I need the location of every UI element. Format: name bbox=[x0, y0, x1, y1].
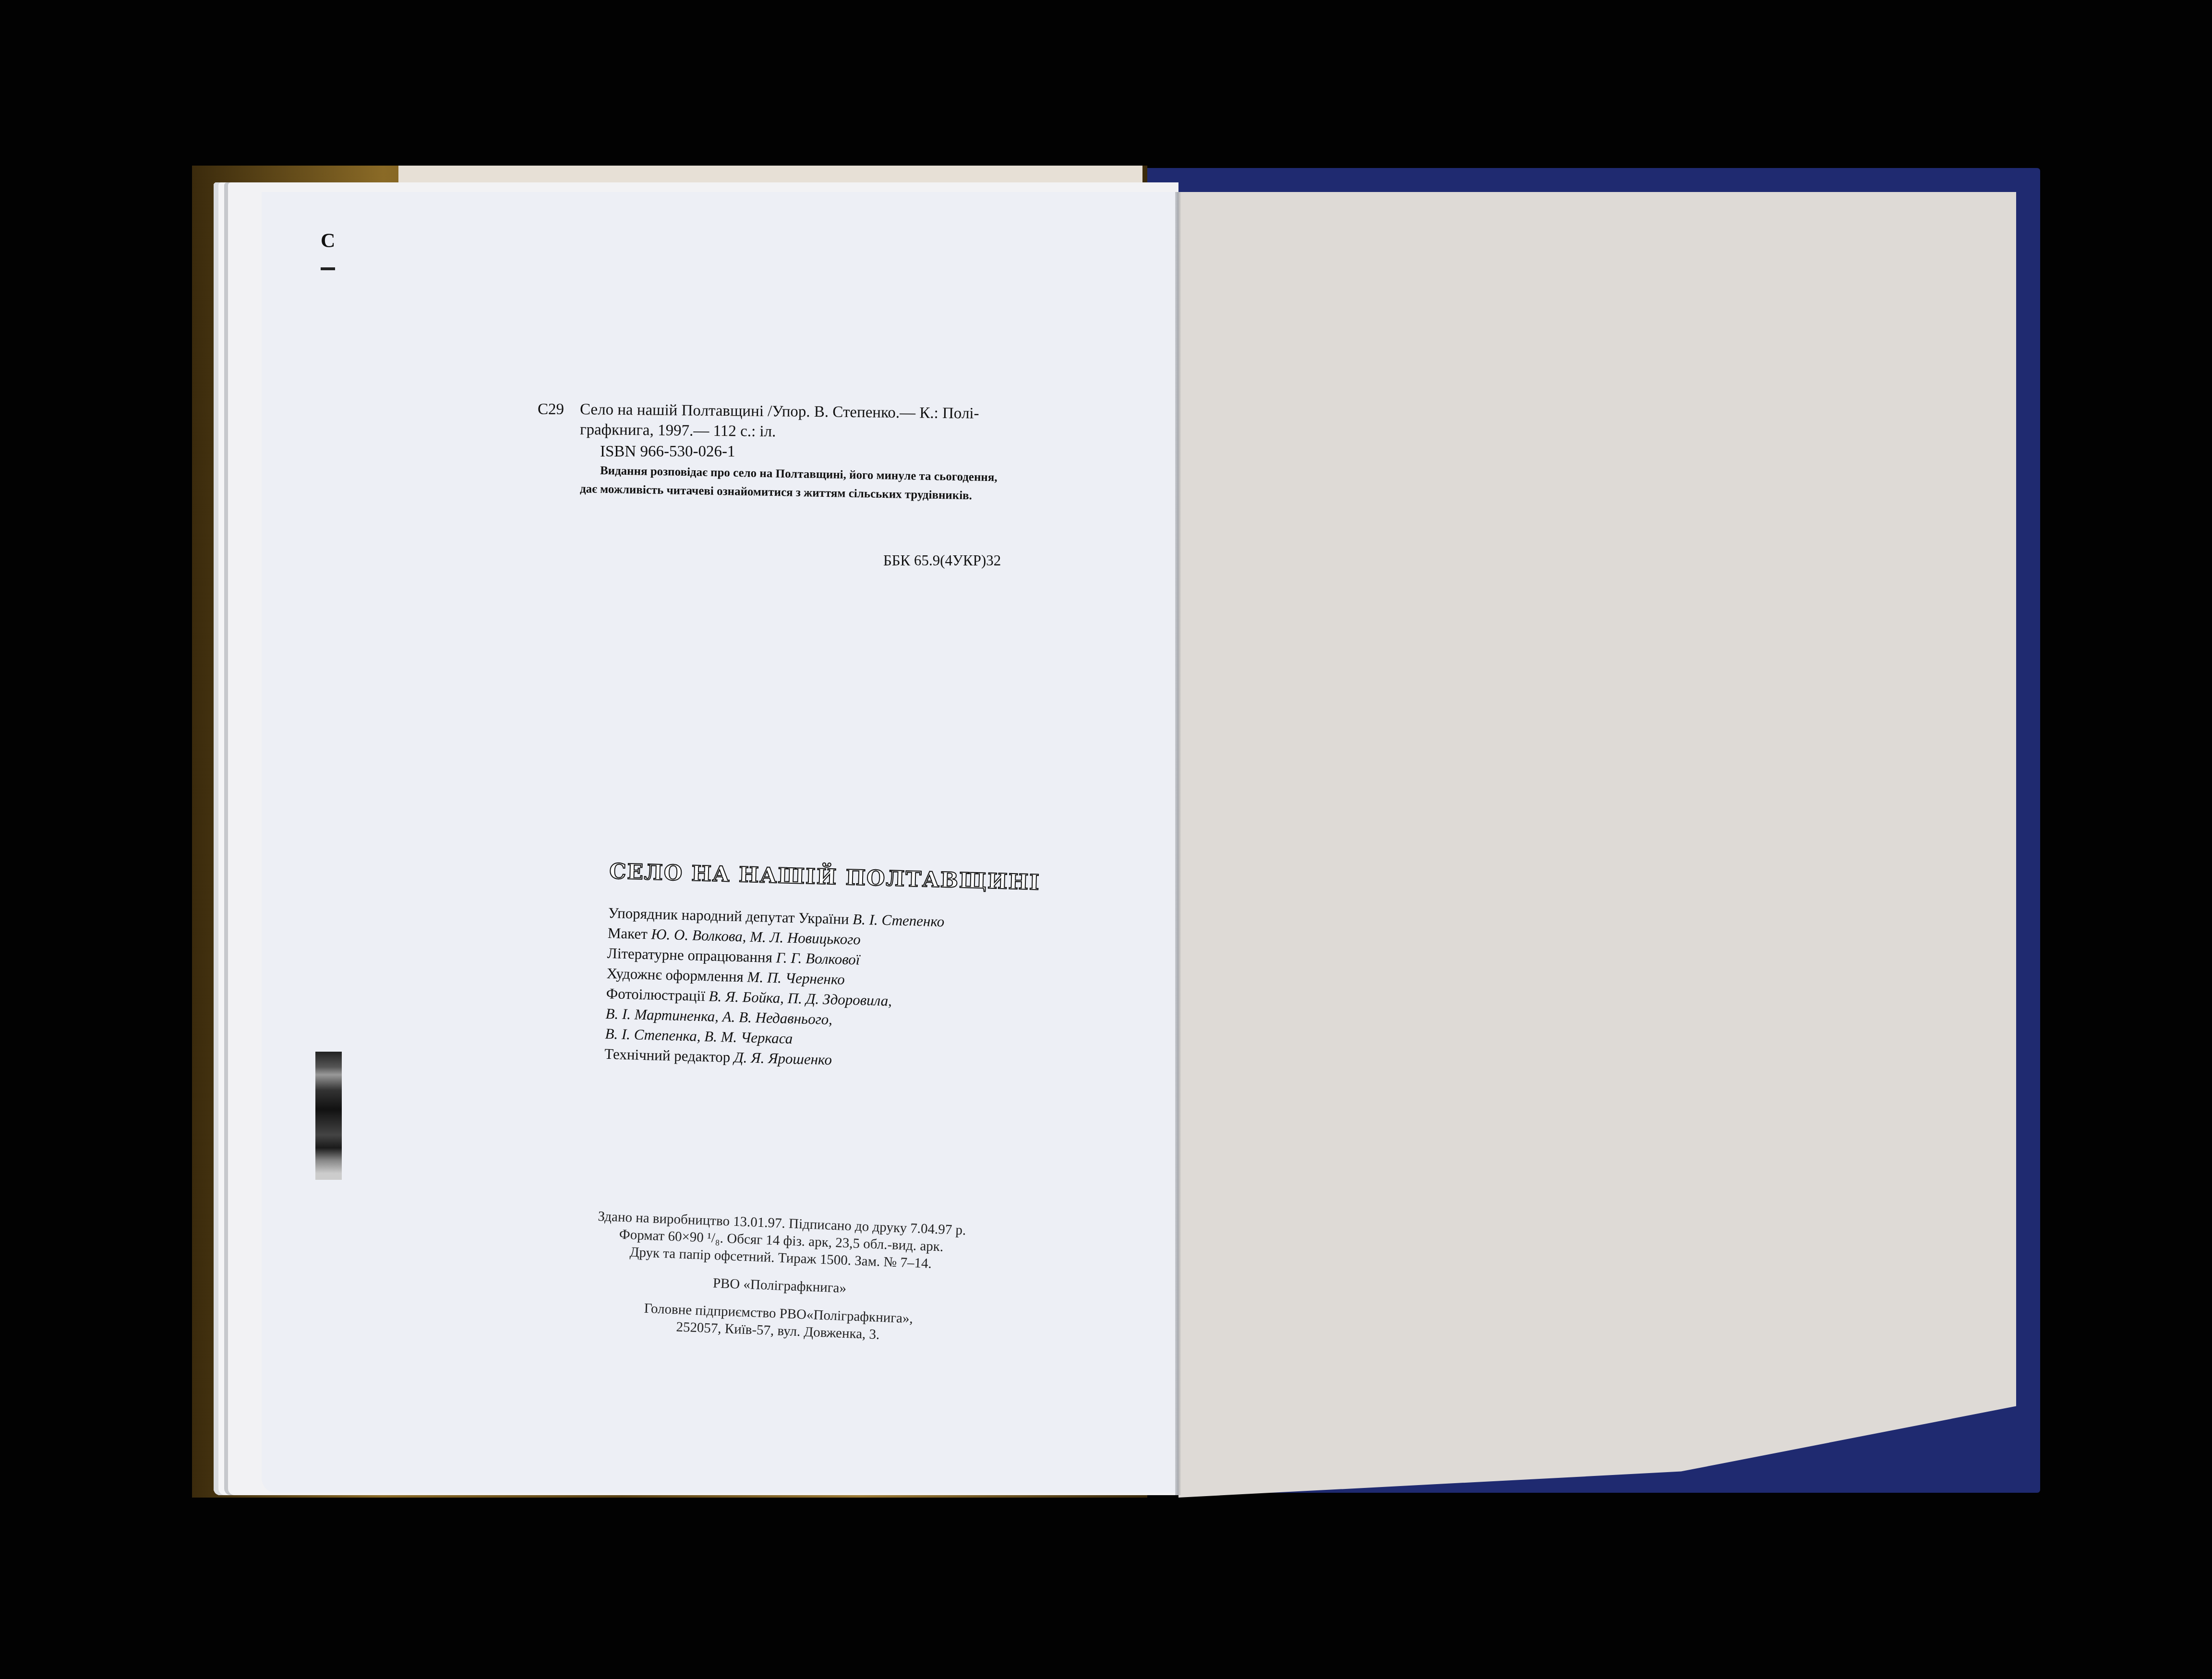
credit-role: Художнє оформлення bbox=[606, 965, 747, 985]
imprint-block: Здано на виробництво 13.01.97. Підписано… bbox=[581, 1207, 979, 1347]
photo-strip-image bbox=[315, 1052, 342, 1180]
credit-names: Ю. О. Волкова, М. Л. Новицького bbox=[651, 925, 861, 947]
credit-names: Д. Я. Ярошенко bbox=[734, 1049, 832, 1068]
publisher: РВО «Поліграфкнига» bbox=[583, 1270, 977, 1302]
credit-names: М. П. Черненко bbox=[747, 969, 845, 988]
catalog-code: С29 bbox=[538, 401, 564, 419]
credit-names: Г. Г. Волкової bbox=[776, 949, 860, 968]
credit-role: Літературне опрацювання bbox=[607, 945, 776, 966]
credit-names: В. Я. Бойка, П. Д. Здоровила, bbox=[709, 988, 892, 1009]
credit-names: В. І. Степенка, В. М. Черкаса bbox=[605, 1025, 793, 1047]
credits-block: СЕЛО НА НАШІЙ ПОЛТАВЩИНІ Упорядник народ… bbox=[604, 859, 1041, 1075]
running-header-glyph: С bbox=[321, 229, 335, 252]
credit-names: В. І. Степенко bbox=[853, 911, 945, 930]
credit-role: Технічний редактор bbox=[604, 1045, 734, 1066]
isbn: ISBN 966-530-026-1 bbox=[600, 443, 735, 461]
book-gutter bbox=[1175, 192, 1181, 1495]
catalog-line-2: графкнига, 1997.— 112 с.: іл. bbox=[580, 421, 776, 441]
header-rule bbox=[321, 267, 335, 270]
credit-role: Фотоілюстрації bbox=[606, 985, 709, 1005]
bbk-code: ББК 65.9(4УКР)32 bbox=[883, 552, 1001, 569]
credit-role: Макет bbox=[608, 924, 652, 942]
credit-list: Упорядник народний депутат України В. І.… bbox=[604, 903, 1039, 1075]
right-page-blank-endpaper bbox=[1178, 192, 2016, 1498]
